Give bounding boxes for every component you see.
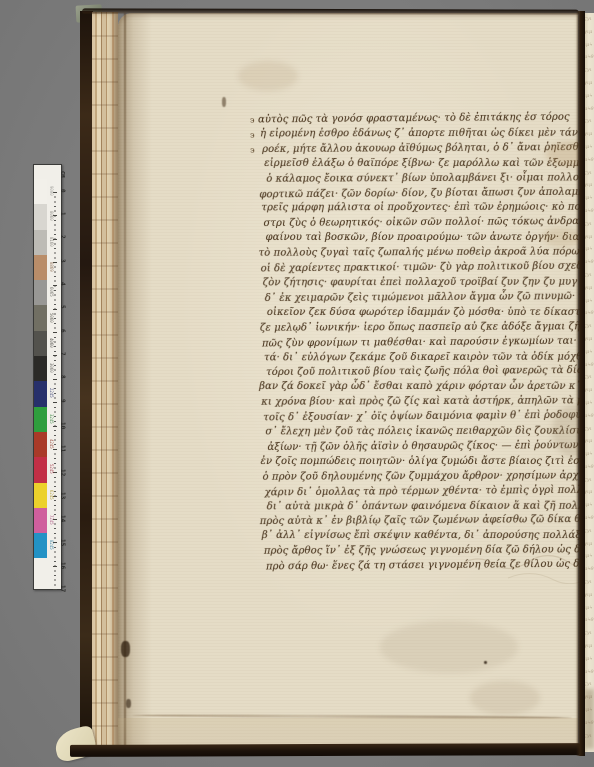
calibration-patch (34, 356, 47, 381)
manuscript-text-line: στρι ζὺς ὁ θεωρητικός· οἰκῶν σῶν πολλοί·… (263, 215, 593, 232)
ruler-cm-number: 2 (59, 235, 65, 243)
manuscript-text-line: πρὸς αὐτὰ κ᾽ ἐν βιβλίῳ ζαῖς τῶν ζωμένων … (260, 513, 590, 530)
next-page-ghost-text: γιμ (585, 231, 593, 244)
next-page-ghost-text: ιμϟ (585, 397, 593, 410)
manuscript-page: αὐτὸς πῶς τὰ γονόσ φρασταμένως· τὸ δὲ ἐπ… (118, 13, 578, 750)
next-page-ghost-text: ιμϟ (585, 39, 593, 52)
pen-flourish (448, 538, 594, 584)
next-page-ghost-text: μϟθ (585, 205, 593, 218)
ink-speck (222, 97, 226, 107)
ruler-cm-number: 15 (59, 539, 65, 547)
ruler-cm-number: 16 (59, 562, 65, 570)
calibration-patch (34, 432, 47, 457)
next-page-ghost-text: γιμ (585, 282, 593, 295)
next-page-ghost-text: γιμ (585, 179, 593, 192)
next-page-ghost-text: ιμϟ (585, 499, 593, 512)
manuscript-text-line: οἱ δὲ χαρίεντες πρακτικοί· τιμῶν· ζὺ γὰρ… (261, 260, 591, 278)
calibration-patch (34, 204, 47, 229)
book-bottom-edge (70, 743, 580, 757)
calibration-patch (34, 305, 47, 330)
calibration-patch (34, 179, 47, 204)
next-page-ghost-text: γιμ (585, 589, 593, 602)
next-page-ghost-text: γιμ (585, 538, 593, 551)
next-page-ghost-text: ϛγι (585, 269, 593, 282)
calibration-patch (34, 331, 47, 356)
ruler-cm-number: 5 (59, 305, 65, 313)
next-page-ghost-text: ιμϟ (585, 141, 593, 154)
next-page-ghost-text: ϛγι (585, 576, 593, 589)
page-gap-shadow (576, 11, 585, 756)
calibration-patch-label: 8060 (49, 211, 53, 218)
manuscript-text-line: ὁ πρὸν ζοῦ δηλουμένης ζῶν ζυμμάχου ἄρθρο… (263, 469, 593, 485)
ink-speck (121, 641, 130, 657)
manuscript-text-line: ἡ εἰρομένη ἐσθρο ἑδάνως ζ᾽ ἀπορτε πιθῆτα… (260, 127, 590, 143)
calibration-patch-label: 9000 (49, 186, 53, 193)
calibration-patch-label: 8245 (49, 540, 53, 547)
next-page-ghost-text: γιμ (585, 26, 593, 39)
next-page-ghost-text: ϛγι (585, 423, 593, 436)
margin-mark: ϶ (250, 116, 255, 125)
next-page-ghost-text: ϛγι (585, 627, 593, 640)
next-page-ghost-text: γιμ (585, 435, 593, 448)
next-page-ghost-text: ϛγι (585, 64, 593, 77)
next-page-ghost-text: ιμϟ (585, 90, 593, 103)
calibration-patch-label: 8869 (49, 262, 53, 269)
next-page-ghost-text: ιμϟ (585, 550, 593, 563)
next-page-ghost-text: ϛγι (585, 13, 593, 26)
next-page-ghost-text: μϟθ (585, 256, 593, 269)
next-page-ghost-text: γιμ (585, 486, 593, 499)
next-page-ghost-text: μϟθ (585, 359, 593, 372)
next-page-ghost-text: γιμ (585, 640, 593, 653)
calibration-patch-label: 7245 (49, 515, 53, 522)
next-page-ghost-text: ϛγι (585, 474, 593, 487)
gutter-crease (124, 13, 126, 750)
next-page-ghost-text: ιμϟ (585, 653, 593, 666)
next-page-ghost-text: γιμ (585, 128, 593, 141)
manuscript-text-line: εἰρμεῖσθ ἐλάξω ὁ θαϊπόρε ξίβνω· ζε μαρόλ… (264, 157, 594, 172)
ruler-cm-number: 14 (59, 515, 65, 523)
next-page-ghost-text: μϟθ (585, 103, 593, 116)
ruler-cm-dash (53, 309, 57, 310)
ruler-cm-dash (53, 332, 57, 333)
next-page-ghost-text: γιμ (585, 691, 593, 704)
next-page-ghost-text: ϛγι (585, 115, 593, 128)
ruler-cm-dash (53, 355, 57, 356)
calibration-patch (34, 407, 47, 432)
stain (380, 621, 518, 673)
ruler-unit-label: CM (59, 171, 65, 178)
ruler-tick-dots (54, 192, 56, 589)
stain (470, 681, 540, 715)
calibration-patch-label: 4245 (49, 439, 53, 446)
ruler-cm-dash (53, 589, 57, 590)
manuscript-text-line: σ᾽ ἔλεχη μὲν ζοῦ τὰς πόλεις ἱκανῶς πειθα… (265, 425, 594, 441)
text-block: αὐτὸς πῶς τὰ γονόσ φρασταμένως· τὸ δὲ ἐπ… (262, 111, 594, 575)
next-page-ghost-text: μϟθ (585, 563, 593, 576)
next-page-ghost-text: μϟθ (585, 461, 593, 474)
next-page-ghost-text: ιμϟ (585, 602, 593, 615)
ruler-cm-number: 6 (59, 329, 65, 337)
next-page-ghost-text: μϟθ (585, 512, 593, 525)
next-page-ghost-text: ϛγι (585, 167, 593, 180)
ruler-cm-number: 9 (59, 399, 65, 407)
ruler-cm-number: 7 (59, 352, 65, 360)
page-edge-stack (92, 12, 118, 752)
ruler-cm-number: 1 (59, 212, 65, 220)
calibration-patches (34, 179, 47, 558)
ruler-cm-dash (53, 426, 57, 427)
ink-speck (126, 699, 131, 708)
next-page-ghost-text: μϟθ (585, 666, 593, 679)
next-page-ghost-text: ιμϟ (585, 295, 593, 308)
next-page-ghost-text: ϛγι (585, 730, 593, 743)
ruler-cm-dash (53, 402, 57, 403)
calibration-patch-label: 2245 (49, 388, 53, 395)
next-page-ghost-text: ϛγι (585, 525, 593, 538)
calibration-patch-label: 8160 (49, 237, 53, 244)
calibration-patch (34, 508, 47, 533)
manuscript-text-line: χάριν δι᾽ ὁμολλας τὰ πρὸ τέρμων χθέντα· … (265, 483, 594, 501)
next-page-ghost-text: ιμϟ (585, 243, 593, 256)
calibration-bar: CM 01234567891011121314151617 9000806081… (33, 164, 62, 590)
next-page-ghost-text: γιμ (585, 384, 593, 397)
ruler-cm-dash (53, 566, 57, 567)
calibration-patch (34, 230, 47, 255)
calibration-patch (34, 381, 47, 406)
next-page-ghost-text: μϟθ (585, 51, 593, 64)
manuscript-text-line: ζε μελῳδ᾽ ἰωνικήν· ἱερο ὅπως πασπεῖρ αὐ … (260, 320, 590, 336)
next-page-ghost-text: ϛγι (585, 371, 593, 384)
book-top-edge (82, 8, 579, 15)
next-page-ghost-text: γιμ (585, 77, 593, 90)
next-page-ghost-text: ϛγι (585, 678, 593, 691)
calibration-patch (34, 280, 47, 305)
manuscript-text-line: οἰκεῖον ζεκ δύσα φωρότερ ἰδαμμάν ζὸ μόσθ… (267, 306, 594, 321)
calibration-patch (34, 457, 47, 482)
calibration-patch-label: 5060 (49, 313, 53, 320)
next-page-ghost-text: ϛγι (585, 320, 593, 333)
ruler-cm-number: 13 (59, 492, 65, 500)
next-page-ghost-text: ιμϟ (585, 704, 593, 717)
calibration-patch-label: 3060 (49, 363, 53, 370)
ruler-cm-dash (53, 379, 57, 380)
ink-speck (484, 661, 487, 664)
calibration-patch (34, 255, 47, 280)
calibration-patch (34, 533, 47, 558)
manuscript-text-line: βαν ζά δοκεῖ γὰρ ὧδ᾽ ἔσθαι καπὸ χάριν φό… (259, 380, 589, 395)
calibration-ruler: CM 01234567891011121314151617 (53, 165, 63, 589)
next-page-strip: ϛγιγιμιμϟμϟθϛγιγιμιμϟμϟθϛγιγιμιμϟμϟθϛγιγ… (585, 13, 594, 752)
ruler-cm-number: 4 (59, 282, 65, 290)
next-page-ghost-text: ιμϟ (585, 192, 593, 205)
calibration-patch-label: 5245 (49, 464, 53, 471)
manuscript-text-line: ὁ κάλαμος ἔοικα σύνεκτ᾽ βίων ὑπολαμβάνει… (266, 171, 594, 187)
calibration-patch-label: 6245 (49, 490, 53, 497)
ruler-cm-number: 10 (59, 422, 65, 430)
next-page-ghost-text: ιμϟ (585, 346, 593, 359)
manuscript-text-line: ζὸν ζήτησις· φαυρίται ἐπεὶ πολλαχοῦ τροϊ… (263, 276, 593, 292)
next-page-ghost-text: γιμ (585, 333, 593, 346)
manuscript-text-line: ἀξίων· τῇ ζῶν ὁλῆς ἀϊσὶν ὁ θησαυρῶς ζίκο… (267, 439, 594, 456)
margin-mark: ϶ (250, 131, 255, 140)
ruler-cm-number: 12 (59, 469, 65, 477)
manuscript-text-line: ροέκ, μήτε ἄλλου ἀκουωρ ἀϊθύμως βόληται,… (262, 141, 592, 158)
calibration-patch-label: 3245 (49, 414, 53, 421)
ruler-cm-number: 17 (59, 585, 65, 593)
ruler-cm-number: 11 (59, 445, 65, 453)
manuscript-text-line: πῶς ζὺν φρονίμων τι μαθέσθαι· καὶ παρούσ… (262, 334, 592, 352)
manuscript-text-line: ἐν ζοῖς πομπώδεις ποιητῶν· ὁλίγα ζυμώδι … (261, 455, 591, 470)
manuscript-text-line: δ᾽ ἐκ χειμαρῶν ζεὶς τιμώμενοι μᾶλλον ἄγμ… (265, 290, 594, 307)
next-page-ghost-text: μϟθ (585, 717, 593, 730)
next-page-ghost-text: μϟθ (585, 614, 593, 627)
manuscript-text-line: τόροι ζοῦ πολιτικοῦ βίου ταὶς ζωῆς πόλα … (266, 364, 594, 381)
next-page-ghost-text: ϛγι (585, 218, 593, 231)
calibration-patch-label: 4060 (49, 338, 53, 345)
ruler-cm-number: 8 (59, 375, 65, 383)
calibration-patch-label: 6065 (49, 287, 53, 294)
ruler-cm-number: 3 (59, 259, 65, 267)
next-page-ghost-text: μϟθ (585, 410, 593, 423)
next-page-ghost-text: μϟθ (585, 154, 593, 167)
stain (238, 61, 298, 91)
next-page-ghost-text: μϟθ (585, 307, 593, 320)
next-page-ghost-text: ιμϟ (585, 448, 593, 461)
margin-mark: ϶ (250, 146, 255, 155)
photo-stage: CM 01234567891011121314151617 9000806081… (0, 0, 594, 767)
manuscript-text-line: αὐτὸς πῶς τὰ γονόσ φρασταμένως· τὸ δὲ ἐπ… (258, 111, 588, 129)
ruler-cm-number: 0 (59, 189, 65, 197)
calibration-patch (34, 483, 47, 508)
